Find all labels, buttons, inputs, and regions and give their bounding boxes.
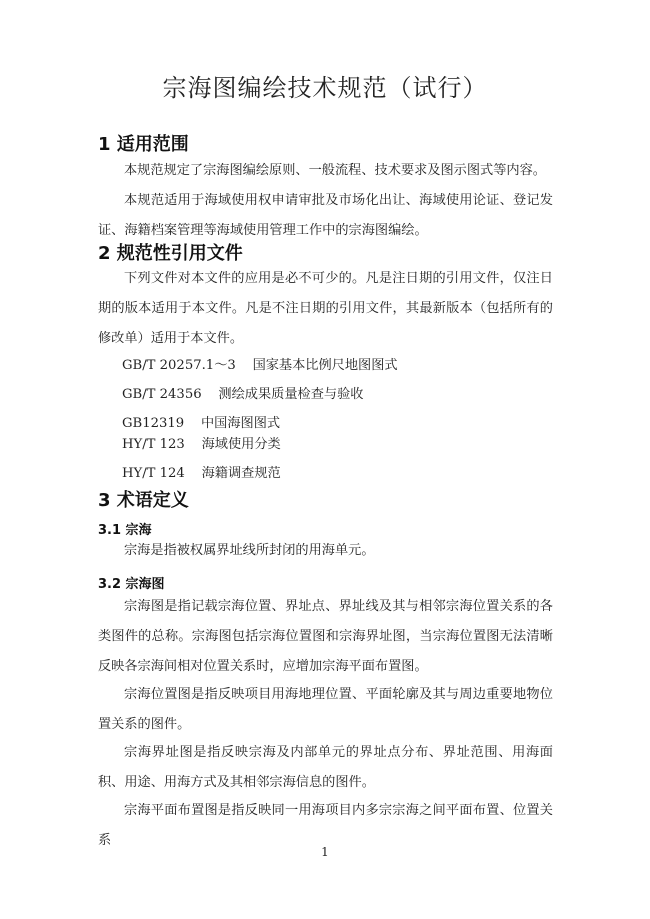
paragraph: 宗海界址图是指反映宗海及内部单元的界址点分布、界址范围、用海面积、用途、用海方式… (98, 738, 553, 798)
subsection-heading: 3.2 宗海图 (98, 573, 165, 592)
reference-item: GB12319 中国海图图式 (122, 412, 280, 431)
reference-name: 国家基本比例尺地图图式 (253, 358, 398, 373)
reference-code: HY/T 123 (122, 437, 185, 452)
paragraph: 宗海图是指记载宗海位置、界址点、界址线及其与相邻宗海位置关系的各类图件的总称。宗… (98, 592, 553, 682)
reference-name: 中国海图图式 (201, 416, 280, 431)
reference-name: 测绘成果质量检查与验收 (218, 387, 363, 402)
reference-name: 海籍调查规范 (202, 466, 281, 481)
reference-code: GB/T 20257.1～3 (122, 358, 236, 373)
reference-item: HY/T 124 海籍调查规范 (122, 462, 281, 481)
section-heading-scope: 1 适用范围 (98, 130, 189, 156)
paragraph: 宗海是指被权属界址线所封闭的用海单元。 (98, 536, 553, 566)
reference-name: 海域使用分类 (202, 437, 281, 452)
reference-code: GB12319 (122, 416, 184, 431)
paragraph: 本规范适用于海域使用权申请审批及市场化出让、海域使用论证、登记发证、海籍档案管理… (98, 186, 553, 246)
paragraph: 下列文件对本文件的应用是必不可少的。凡是注日期的引用文件，仅注日期的版本适用于本… (98, 264, 553, 354)
document-title: 宗海图编绘技术规范（试行） (0, 68, 650, 103)
paragraph: 本规范规定了宗海图编绘原则、一般流程、技术要求及图示图式等内容。 (98, 156, 553, 186)
section-heading-references: 2 规范性引用文件 (98, 239, 243, 265)
reference-code: GB/T 24356 (122, 387, 202, 402)
reference-item: HY/T 123 海域使用分类 (122, 433, 281, 452)
reference-item: GB/T 24356 测绘成果质量检查与验收 (122, 383, 363, 402)
section-heading-terms: 3 术语定义 (98, 486, 189, 512)
reference-item: GB/T 20257.1～3 国家基本比例尺地图图式 (122, 354, 398, 373)
paragraph: 宗海位置图是指反映项目用海地理位置、平面轮廓及其与周边重要地物位置关系的图件。 (98, 680, 553, 740)
page-number: 1 (0, 845, 650, 859)
reference-code: HY/T 124 (122, 466, 185, 481)
